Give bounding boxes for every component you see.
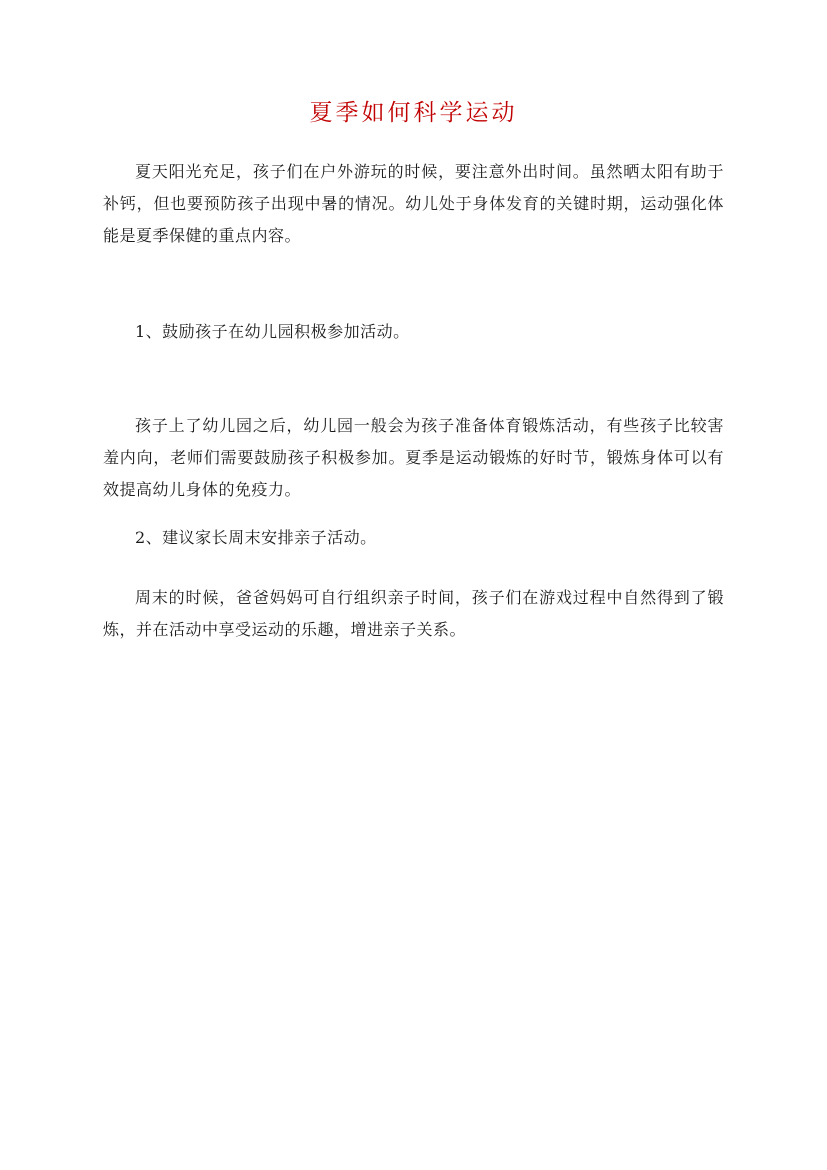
intro-paragraph: 夏天阳光充足，孩子们在户外游玩的时候，要注意外出时间。虽然晒太阳有助于补钙，但也…: [103, 156, 724, 252]
section-1-heading: 1、鼓励孩子在幼儿园积极参加活动。: [103, 316, 724, 348]
document-page: 夏季如何科学运动 夏天阳光充足，孩子们在户外游玩的时候，要注意外出时间。虽然晒太…: [0, 0, 827, 1170]
section-1-body: 孩子上了幼儿园之后，幼儿园一般会为孩子准备体育锻炼活动，有些孩子比较害羞内向，老…: [103, 410, 724, 506]
section-2-body: 周末的时候，爸爸妈妈可自行组织亲子时间，孩子们在游戏过程中自然得到了锻炼，并在活…: [103, 582, 724, 646]
section-2-heading: 2、建议家长周末安排亲子活动。: [103, 522, 724, 554]
document-title: 夏季如何科学运动: [103, 96, 724, 130]
